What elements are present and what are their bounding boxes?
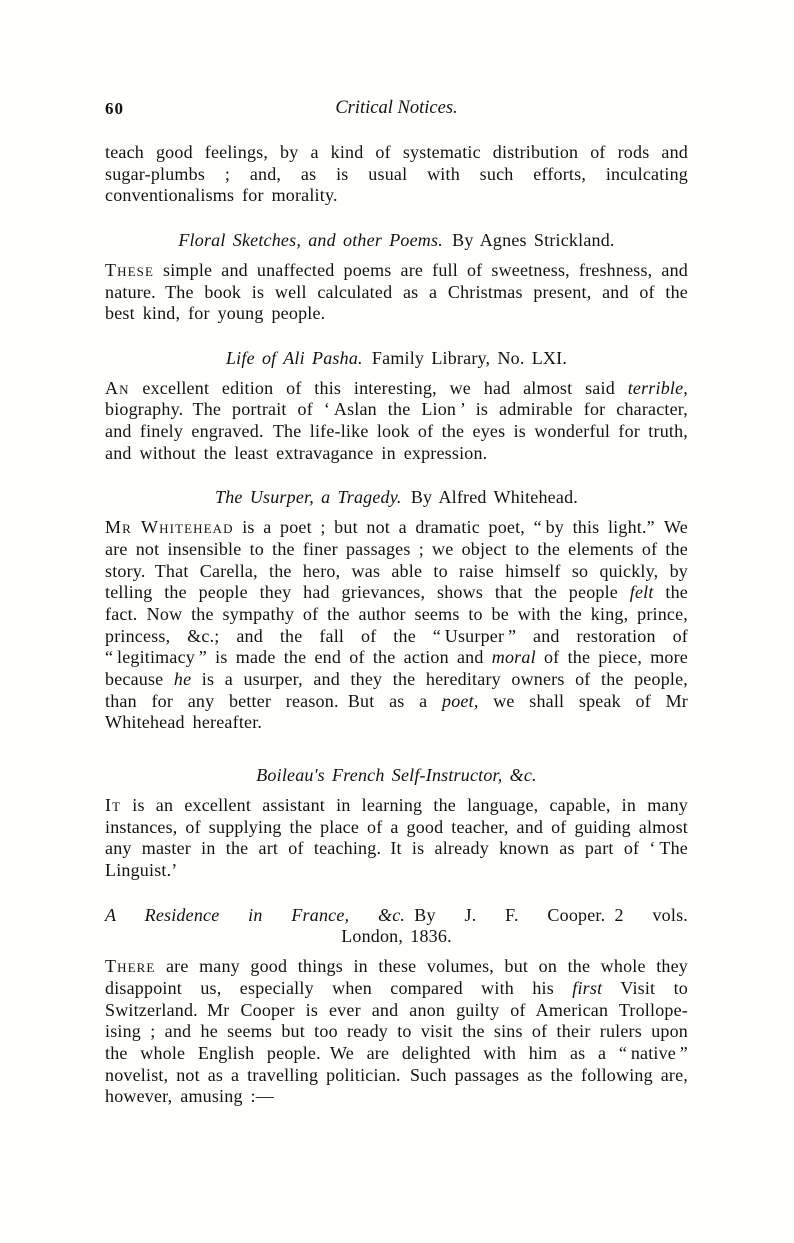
text-run: he xyxy=(174,669,191,689)
text-run: felt xyxy=(630,582,654,602)
heading-floral-sketches: Floral Sketches, and other Poems. By Agn… xyxy=(105,230,688,252)
residence-heading-line-2: London, 1836. xyxy=(105,926,688,948)
text-run: An xyxy=(105,378,130,398)
text-run: terrible, xyxy=(628,378,688,398)
text-run: first xyxy=(572,978,602,998)
text-run: Floral Sketches, and other Poems. xyxy=(178,230,443,250)
text-run: is an excellent assistant in learning th… xyxy=(105,795,688,880)
text-run: By Agnes Strickland. xyxy=(443,230,615,250)
heading-life-of-ali-pasha: Life of Ali Pasha. Family Library, No. L… xyxy=(105,348,688,370)
paragraph-boileau-self-instructor: It is an excellent assistant in learning… xyxy=(105,795,688,882)
page-number: 60 xyxy=(105,98,124,120)
text-run: A Residence in France, &c. xyxy=(105,905,405,925)
paragraph-floral-sketches: These simple and unaffected poems are fu… xyxy=(105,260,688,325)
heading-residence-in-france: A Residence in France, &c. By J. F. Coop… xyxy=(105,905,688,948)
residence-heading-line-1: A Residence in France, &c. By J. F. Coop… xyxy=(105,905,688,927)
text-run: It xyxy=(105,795,121,815)
running-title: Critical Notices. xyxy=(105,98,688,120)
heading-the-usurper: The Usurper, a Tragedy. By Alfred Whiteh… xyxy=(105,487,688,509)
text-run: excellent edition of this interesting, w… xyxy=(130,378,628,398)
paragraph-life-of-ali-pasha: An excellent edition of this interesting… xyxy=(105,378,688,465)
heading-boileau-self-instructor: Boileau's French Self-Instructor, &c. xyxy=(105,765,688,787)
running-head: 60 Critical Notices. xyxy=(105,98,688,122)
text-run: By J. F. Cooper. 2 vols. xyxy=(405,905,688,925)
text-run: The Usurper, a Tragedy. xyxy=(215,487,402,507)
paragraph-residence-in-france: There are many good things in these volu… xyxy=(105,956,688,1108)
text-run: simple and unaffected poems are full of … xyxy=(105,260,688,323)
text-run: By Alfred Whitehead. xyxy=(402,487,578,507)
text-run: These xyxy=(105,260,154,280)
text-run: poet, xyxy=(442,691,479,711)
text-block: 60 Critical Notices. teach good feelings… xyxy=(105,98,688,1108)
text-run: Family Library, No. LXI. xyxy=(363,348,567,368)
text-run: London, 1836. xyxy=(341,926,452,946)
text-run: There xyxy=(105,956,155,976)
text-run: moral xyxy=(492,647,536,667)
text-run: Mr Whitehead xyxy=(105,517,234,537)
text-run: teach good feelings, by a kind of system… xyxy=(105,142,688,205)
text-run: biography. The portrait of ‘ Aslan the L… xyxy=(105,399,688,462)
text-run: Boileau's French Self-Instructor, &c. xyxy=(256,765,537,785)
text-run: Life of Ali Pasha. xyxy=(226,348,363,368)
document-page: 60 Critical Notices. teach good feelings… xyxy=(0,0,794,1243)
paragraph-the-usurper: Mr Whitehead is a poet ; but not a drama… xyxy=(105,517,688,734)
intro-paragraph: teach good feelings, by a kind of system… xyxy=(105,142,688,207)
